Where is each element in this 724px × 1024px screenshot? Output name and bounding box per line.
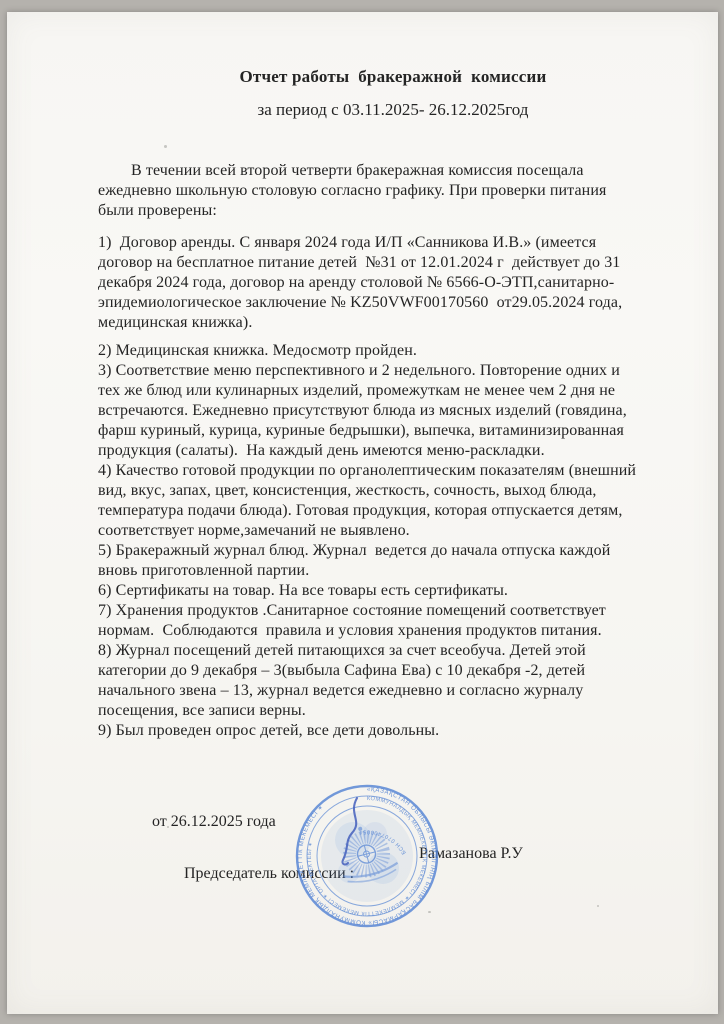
paragraph: 2) Медицинская книжка. Медосмотр пройден… [98, 341, 688, 361]
text-line: начального звена – 13, журнал ведется еж… [98, 681, 688, 701]
scanned-page: Отчет работы бракеражной комиссии за пер… [7, 12, 718, 1014]
paragraph: 4) Качество готовой продукции по органол… [98, 461, 688, 541]
text-line: 2) Медицинская книжка. Медосмотр пройден… [98, 341, 688, 361]
text-line: соответствует норме,замечаний не выявлен… [98, 521, 688, 541]
text-line: 1) Договор аренды. С января 2024 года И/… [98, 233, 688, 253]
text-line: тех же блюд или кулинарных изделий, пром… [98, 381, 688, 401]
dust-speck [167, 826, 169, 828]
paragraph: 7) Хранения продуктов .Санитарное состоя… [98, 601, 688, 641]
paragraph: 9) Был проведен опрос детей, все дети до… [98, 721, 688, 741]
text-line: продукция (салаты). На каждый день имеют… [98, 441, 688, 461]
document-title: Отчет работы бракеражной комиссии [98, 66, 688, 88]
text-line: встречаются. Ежедневно присутствуют блюд… [98, 401, 688, 421]
dust-speck [428, 911, 431, 913]
text-line: были проверены: [98, 201, 688, 221]
text-line: фарш куриный, курица, куриные бедрышки),… [98, 421, 688, 441]
text-line: категории до 9 декабря – 3(выбыла Сафина… [98, 661, 688, 681]
text-line: эпидемиологическое заключение № KZ50VWF0… [98, 293, 688, 313]
text-line: вид, вкус, запах, цвет, консистенция, же… [98, 481, 688, 501]
document-period: за период с 03.11.2025- 26.12.2025год [98, 99, 688, 121]
official-stamp: «ҚАЗАҚСТАН ОБЛЫСЫ ӘКІМДІГІНІҢ БІЛІМ БАСҚ… [287, 776, 447, 936]
text-line: 5) Бракеражный журнал блюд. Журнал ведет… [98, 541, 688, 561]
paragraph: 3) Соответствие меню перспективного и 2 … [98, 361, 688, 461]
paragraph: 8) Журнал посещений детей питающихся за … [98, 641, 688, 721]
text-line: 8) Журнал посещений детей питающихся за … [98, 641, 688, 661]
stamp-seal-icon: «ҚАЗАҚСТАН ОБЛЫСЫ ӘКІМДІГІНІҢ БІЛІМ БАСҚ… [287, 776, 447, 936]
text-line: 4) Качество готовой продукции по органол… [98, 461, 688, 481]
text-line: 6) Сертификаты на товар. На все товары е… [98, 581, 688, 601]
text-line: нормам. Соблюдаются правила и условия хр… [98, 621, 688, 641]
text-line: температура подачи блюда). Готовая проду… [98, 501, 688, 521]
paragraph: 5) Бракеражный журнал блюд. Журнал ведет… [98, 541, 688, 581]
text-line: 3) Соответствие меню перспективного и 2 … [98, 361, 688, 381]
dust-speck [164, 145, 167, 148]
text-line: 9) Был проведен опрос детей, все дети до… [98, 721, 688, 741]
paragraph: В течении всей второй четверти бракеражн… [98, 161, 688, 221]
paragraph: 1) Договор аренды. С января 2024 года И/… [98, 233, 688, 333]
dust-speck [597, 905, 599, 907]
text-line: декабря 2024 года, договор на аренду сто… [98, 273, 688, 293]
text-line: В течении всей второй четверти бракеражн… [98, 161, 688, 181]
text-line: договор на бесплатное питание детей №31 … [98, 253, 688, 273]
text-line: вновь приготовленной партии. [98, 561, 688, 581]
document-body: В течении всей второй четверти бракеражн… [98, 161, 688, 741]
text-line: медицинская книжка). [98, 313, 688, 333]
paragraph: 6) Сертификаты на товар. На все товары е… [98, 581, 688, 601]
text-line: 7) Хранения продуктов .Санитарное состоя… [98, 601, 688, 621]
text-line: посещения, все записи верны. [98, 701, 688, 721]
text-line: ежедневно школьную столовую согласно гра… [98, 181, 688, 201]
